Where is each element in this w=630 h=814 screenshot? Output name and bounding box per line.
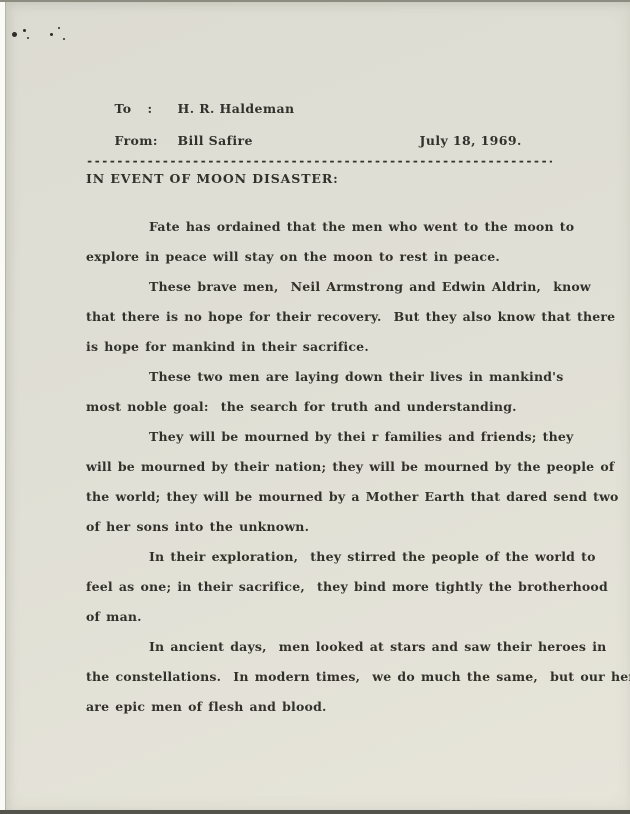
from-value: Bill Safire [178, 134, 420, 148]
from-row: From:Bill SafireJuly 18, 1969. [86, 120, 630, 134]
memo-line: These brave men, Neil Armstrong and Edwi… [86, 272, 630, 302]
to-colon: : [148, 102, 178, 116]
to-row: To:H. R. Haldeman [86, 88, 630, 102]
memo-line: In their exploration, they stirred the p… [86, 542, 630, 572]
memo-line: that there is no hope for their recovery… [86, 302, 630, 332]
memo-line: the world; they will be mourned by a Mot… [86, 482, 630, 512]
memo-line: most noble goal: the search for truth an… [86, 392, 630, 422]
from-label: From: [115, 134, 178, 148]
ink-speck [23, 29, 26, 32]
divider-dashes: ----------------------------------------… [86, 154, 552, 168]
ink-speck [58, 27, 60, 29]
ink-speck [12, 32, 17, 37]
to-label: To [115, 102, 148, 116]
memo-line: These two men are laying down their live… [86, 362, 630, 392]
to-value: H. R. Haldeman [178, 102, 295, 116]
memo-page: To:H. R. Haldeman From:Bill SafireJuly 1… [5, 2, 630, 810]
memo-line: of man. [86, 602, 630, 632]
memo-line: explore in peace will stay on the moon t… [86, 242, 630, 272]
memo-body: Fate has ordained that the men who went … [86, 212, 630, 722]
memo-line: will be mourned by their nation; they wi… [86, 452, 630, 482]
subject-line: IN EVENT OF MOON DISASTER: [86, 172, 630, 186]
memo-photo: To:H. R. Haldeman From:Bill SafireJuly 1… [0, 0, 630, 814]
memo-line: In ancient days, men looked at stars and… [86, 632, 630, 662]
memo-line: is hope for mankind in their sacrifice. [86, 332, 630, 362]
memo-line: feel as one; in their sacrifice, they bi… [86, 572, 630, 602]
memo-date: July 18, 1969. [420, 134, 522, 148]
memo-line: Fate has ordained that the men who went … [86, 212, 630, 242]
ink-speck [50, 33, 53, 36]
ink-speck [27, 37, 29, 39]
ink-speck [63, 38, 65, 40]
memo-line: are epic men of flesh and blood. [86, 692, 630, 722]
memo-line: the constellations. In modern times, we … [86, 662, 630, 692]
memo-line: They will be mourned by thei r families … [86, 422, 630, 452]
memo-line: of her sons into the unknown. [86, 512, 630, 542]
